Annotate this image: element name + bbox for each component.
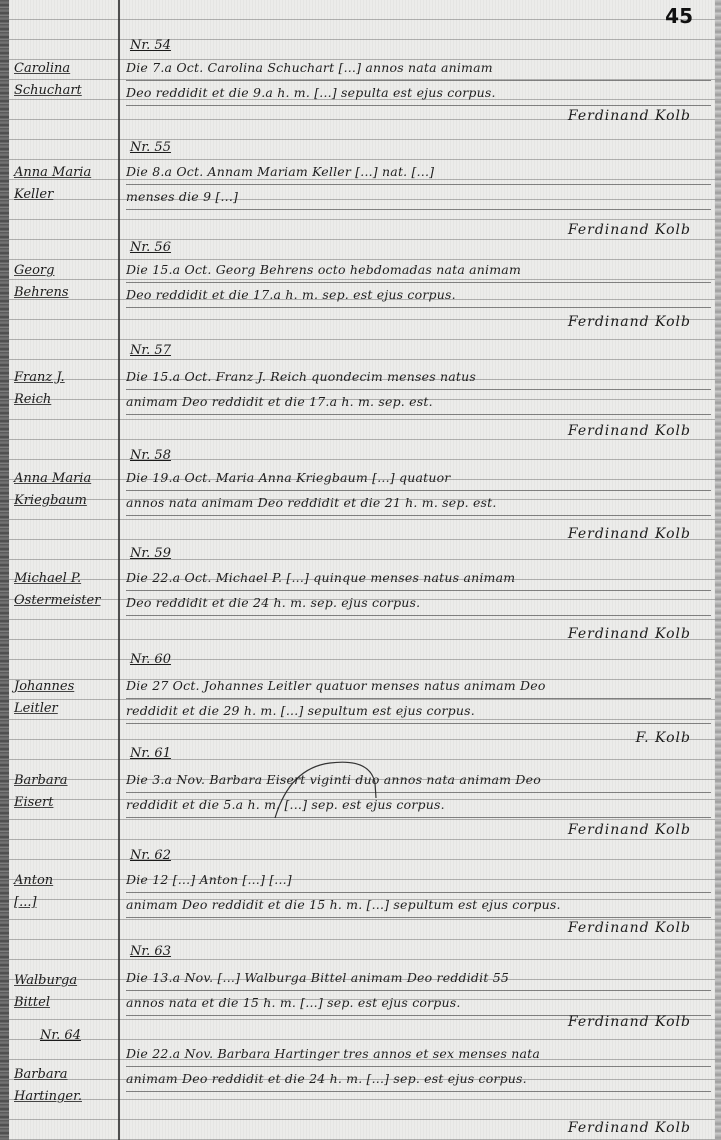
margin-name: Walburga Bittel: [14, 970, 118, 1014]
margin-name-line: Walburga: [14, 970, 118, 992]
entry-text: Die 7.a Oct. Carolina Schuchart [...] an…: [126, 56, 711, 106]
register-page: 45 Nr. 54 Carolina Schuchart Die 7.a Oct…: [0, 0, 721, 1140]
signature: Ferdinand Kolb: [568, 222, 691, 238]
entry-line: Die 19.a Oct. Maria Anna Kriegbaum [...]…: [126, 466, 711, 491]
entry-number: Nr. 59: [130, 546, 171, 561]
entry-line: Die 15.a Oct. Georg Behrens octo hebdoma…: [126, 258, 711, 283]
margin-name-line: Keller: [14, 184, 118, 206]
entry-number: Nr. 60: [130, 652, 171, 667]
signature: Ferdinand Kolb: [568, 423, 691, 439]
entry-text: Die 19.a Oct. Maria Anna Kriegbaum [...]…: [126, 466, 711, 516]
margin-name-line: Behrens: [14, 282, 118, 304]
entry-text: Die 27 Oct. Johannes Leitler quatuor men…: [126, 674, 711, 724]
entry-line: menses die 9 [...]: [126, 185, 711, 210]
margin-name: Michael P. Ostermeister: [14, 568, 118, 612]
margin-name: Georg Behrens: [14, 260, 118, 304]
entry-text: Die 12 [...] Anton [...] [...] animam De…: [126, 868, 711, 918]
signature: Ferdinand Kolb: [568, 108, 691, 124]
margin-name: Anton [...]: [14, 870, 118, 914]
entry-number: Nr. 56: [130, 240, 171, 255]
entry-number: Nr. 63: [130, 944, 171, 959]
margin-name-line: Hartinger.: [14, 1086, 118, 1108]
entry-number: Nr. 58: [130, 448, 171, 463]
entry-line: animam Deo reddidit et die 17.a h. m. se…: [126, 390, 711, 415]
margin-name-line: Ostermeister: [14, 590, 118, 612]
margin-name: Anna Maria Kriegbaum: [14, 468, 118, 512]
entry-line: Die 3.a Nov. Barbara Eisert viginti duo …: [126, 768, 711, 793]
binding-edge: [0, 0, 9, 1140]
margin-name-line: Carolina: [14, 58, 118, 80]
entry-line: Die 8.a Oct. Annam Mariam Keller [...] n…: [126, 160, 711, 185]
margin-name-line: Barbara: [14, 1064, 118, 1086]
entry-number: Nr. 55: [130, 140, 171, 155]
entry-text: Die 15.a Oct. Franz J. Reich quondecim m…: [126, 365, 711, 415]
margin-name-line: Anna Maria: [14, 468, 118, 490]
page-number: 45: [665, 4, 693, 28]
entry-text: Die 13.a Nov. [...] Walburga Bittel anim…: [126, 966, 711, 1016]
entry-number: Nr. 62: [130, 848, 171, 863]
signature: Ferdinand Kolb: [568, 526, 691, 542]
margin-name: Barbara Eisert: [14, 770, 118, 814]
margin-name-line: Bittel: [14, 992, 118, 1014]
entry-line: animam Deo reddidit et die 24 h. m. [...…: [126, 1067, 711, 1092]
margin-name-line: Kriegbaum: [14, 490, 118, 512]
entry-line: reddidit et die 5.a h. m. [...] sep. est…: [126, 793, 711, 818]
margin-name-line: Anton: [14, 870, 118, 892]
signature: Ferdinand Kolb: [568, 1120, 691, 1136]
margin-name-line: Schuchart: [14, 80, 118, 102]
margin-name: Barbara Hartinger.: [14, 1064, 118, 1108]
signature: Ferdinand Kolb: [568, 626, 691, 642]
signature: Ferdinand Kolb: [568, 314, 691, 330]
entry-line: Die 27 Oct. Johannes Leitler quatuor men…: [126, 674, 711, 699]
margin-rule: [118, 0, 120, 1140]
margin-name-line: Georg: [14, 260, 118, 282]
entry-line: annos nata et die 15 h. m. [...] sep. es…: [126, 991, 711, 1016]
entry-line: Die 15.a Oct. Franz J. Reich quondecim m…: [126, 365, 711, 390]
margin-name-line: Anna Maria: [14, 162, 118, 184]
entry-line: Die 12 [...] Anton [...] [...]: [126, 868, 711, 893]
margin-name-line: Reich: [14, 389, 118, 411]
signature: F. Kolb: [636, 730, 691, 746]
entry-line: Die 13.a Nov. [...] Walburga Bittel anim…: [126, 966, 711, 991]
margin-name-line: Franz J.: [14, 367, 118, 389]
entry-line: annos nata animam Deo reddidit et die 21…: [126, 491, 711, 516]
margin-name-line: [...]: [14, 892, 118, 914]
entry-number: Nr. 61: [130, 746, 171, 761]
entry-text: Die 8.a Oct. Annam Mariam Keller [...] n…: [126, 160, 711, 210]
margin-name-line: Barbara: [14, 770, 118, 792]
entry-text: Die 3.a Nov. Barbara Eisert viginti duo …: [126, 768, 711, 818]
margin-name-line: Johannes: [14, 676, 118, 698]
margin-name: Anna Maria Keller: [14, 162, 118, 206]
signature: Ferdinand Kolb: [568, 920, 691, 936]
entry-line: reddidit et die 29 h. m. [...] sepultum …: [126, 699, 711, 724]
entry-text: Die 22.a Oct. Michael P. [...] quinque m…: [126, 566, 711, 616]
entry-line: Deo reddidit et die 17.a h. m. sep. est …: [126, 283, 711, 308]
margin-name: Carolina Schuchart: [14, 58, 118, 102]
page-edge: [715, 0, 721, 1140]
entry-number: Nr. 57: [130, 343, 171, 358]
margin-name-line: Leitler: [14, 698, 118, 720]
entry-text: Die 22.a Nov. Barbara Hartinger tres ann…: [126, 1042, 711, 1092]
entry-line: Die 22.a Oct. Michael P. [...] quinque m…: [126, 566, 711, 591]
margin-name: Franz J. Reich: [14, 367, 118, 411]
margin-name-line: Eisert: [14, 792, 118, 814]
entry-line: Deo reddidit et die 9.a h. m. [...] sepu…: [126, 81, 711, 106]
entry-line: Deo reddidit et die 24 h. m. sep. ejus c…: [126, 591, 711, 616]
entry-number: Nr. 64: [40, 1028, 81, 1043]
entry-line: Die 22.a Nov. Barbara Hartinger tres ann…: [126, 1042, 711, 1067]
signature: Ferdinand Kolb: [568, 1014, 691, 1030]
margin-name-line: Michael P.: [14, 568, 118, 590]
entry-line: animam Deo reddidit et die 15 h. m. [...…: [126, 893, 711, 918]
entry-number: Nr. 54: [130, 38, 171, 53]
margin-name: Johannes Leitler: [14, 676, 118, 720]
entry-line: Die 7.a Oct. Carolina Schuchart [...] an…: [126, 56, 711, 81]
entry-text: Die 15.a Oct. Georg Behrens octo hebdoma…: [126, 258, 711, 308]
signature: Ferdinand Kolb: [568, 822, 691, 838]
